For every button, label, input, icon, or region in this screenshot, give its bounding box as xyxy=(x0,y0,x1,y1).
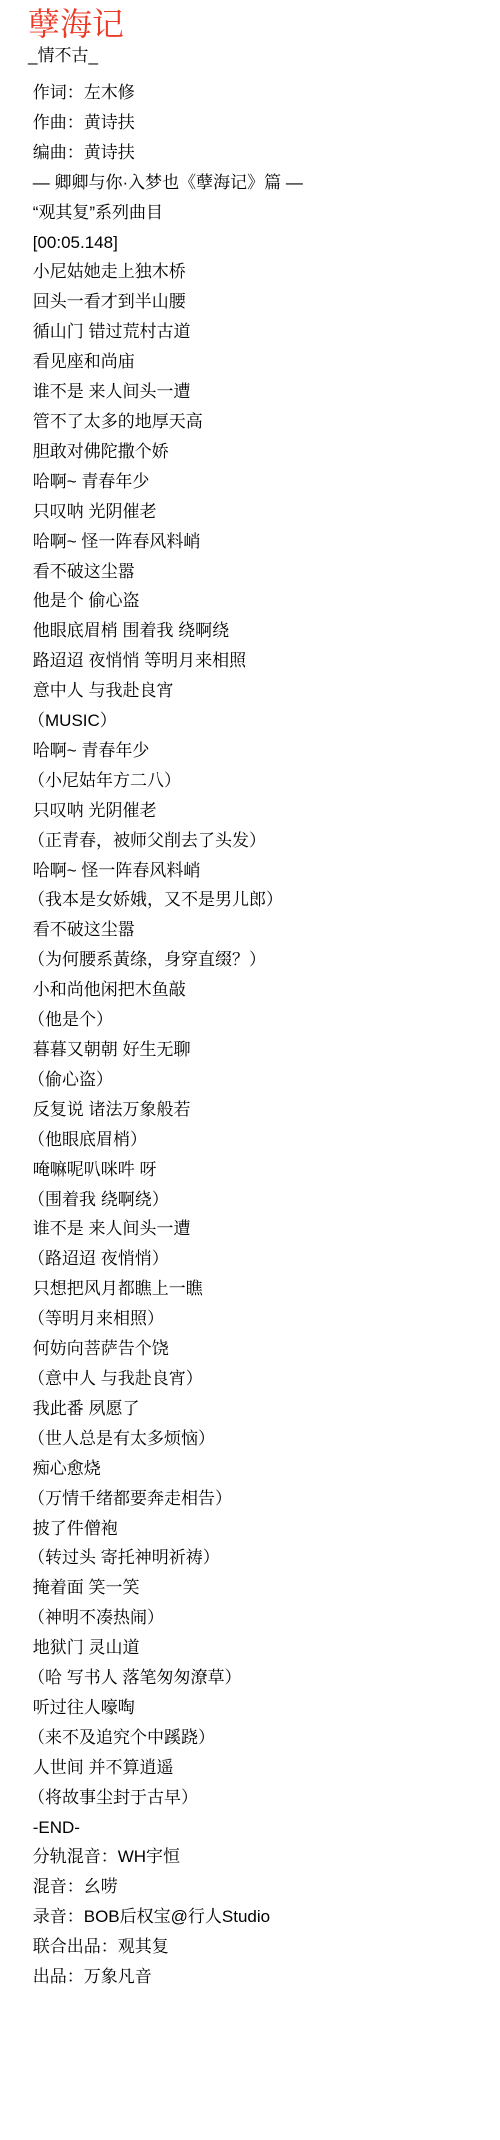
text-line: （转过头 寄托神明祈祷） xyxy=(28,1543,490,1573)
text-line: “观其复”系列曲目 xyxy=(28,198,490,228)
text-line: （等明月来相照） xyxy=(28,1304,490,1334)
text-line: 小尼姑她走上独木桥 xyxy=(28,257,490,287)
text-line: （神明不凑热闹） xyxy=(28,1603,490,1633)
text-line: （来不及追究个中蹊跷） xyxy=(28,1723,490,1753)
text-line: 他是个 偷心盗 xyxy=(28,586,490,616)
lyrics-lines: 小尼姑她走上独木桥 回头一看才到半山腰 循山门 错过荒村古道 看见座和尚庙 谁不… xyxy=(28,257,490,1812)
lyrics-body: 作词：左木修 作曲：黄诗扶 编曲：黄诗扶 — 卿卿与你·入梦也《孽海记》篇 — … xyxy=(28,78,490,1992)
text-line: 小和尚他闲把木鱼敲 xyxy=(28,975,490,1005)
text-line: （万情千绪都要奔走相告） xyxy=(28,1484,490,1514)
text-line: （他眼底眉梢） xyxy=(28,1125,490,1155)
text-line: 意中人 与我赴良宵 xyxy=(28,676,490,706)
text-line: [00:05.148] xyxy=(28,228,490,258)
text-line: 只叹呐 光阴催老 xyxy=(28,497,490,527)
text-line: （意中人 与我赴良宵） xyxy=(28,1364,490,1394)
footer-lines: -END- 分轨混音：WH宇恒 混音：幺唠 录音：BOB后权宝@行人Studio… xyxy=(28,1813,490,1992)
text-line: 看见座和尚庙 xyxy=(28,347,490,377)
text-line: （围着我 绕啊绕） xyxy=(28,1185,490,1215)
text-line: -END- xyxy=(28,1813,490,1843)
text-line: 反复说 诸法万象般若 xyxy=(28,1095,490,1125)
text-line: 我此番 夙愿了 xyxy=(28,1394,490,1424)
text-line: 作曲：黄诗扶 xyxy=(28,108,490,138)
text-line: （我本是女娇娥，又不是男儿郎） xyxy=(28,885,490,915)
text-line: 回头一看才到半山腰 xyxy=(28,287,490,317)
text-line: 哈啊~ 青春年少 xyxy=(28,467,490,497)
text-line: （路迢迢 夜悄悄） xyxy=(28,1244,490,1274)
text-line: 胆敢对佛陀撒个娇 xyxy=(28,437,490,467)
text-line: 录音：BOB后权宝@行人Studio xyxy=(28,1902,490,1932)
text-line: 何妨向菩萨告个饶 xyxy=(28,1334,490,1364)
text-line: （将故事尘封于古早） xyxy=(28,1783,490,1813)
text-line: （MUSIC） xyxy=(28,706,490,736)
text-line: 只叹呐 光阴催老 xyxy=(28,796,490,826)
text-line: （世人总是有太多烦恼） xyxy=(28,1424,490,1454)
text-line: — 卿卿与你·入梦也《孽海记》篇 — xyxy=(28,168,490,198)
text-line: 痴心愈烧 xyxy=(28,1454,490,1484)
text-line: 只想把风月都瞧上一瞧 xyxy=(28,1274,490,1304)
text-line: （哈 写书人 落笔匆匆潦草） xyxy=(28,1663,490,1693)
text-line: 循山门 错过荒村古道 xyxy=(28,317,490,347)
text-line: （为何腰系黃绦，身穿直缀？） xyxy=(28,945,490,975)
lyrics-page: 孽海记 _情不古_ 作词：左木修 作曲：黄诗扶 编曲：黄诗扶 — 卿卿与你·入梦… xyxy=(0,0,500,1992)
text-line: 混音：幺唠 xyxy=(28,1872,490,1902)
text-line: 谁不是 来人间头一遭 xyxy=(28,1214,490,1244)
text-line: （他是个） xyxy=(28,1005,490,1035)
text-line: 暮暮又朝朝 好生无聊 xyxy=(28,1035,490,1065)
text-line: 听过往人嚎啕 xyxy=(28,1693,490,1723)
text-line: （小尼姑年方二八） xyxy=(28,766,490,796)
song-subtitle: _情不古_ xyxy=(28,44,490,68)
text-line: （正青春，被师父削去了头发） xyxy=(28,826,490,856)
text-line: 地狱门 灵山道 xyxy=(28,1633,490,1663)
meta-lines: 作词：左木修 作曲：黄诗扶 编曲：黄诗扶 — 卿卿与你·入梦也《孽海记》篇 — … xyxy=(28,78,490,257)
text-line: 哈啊~ 怪一阵春风料峭 xyxy=(28,527,490,557)
text-line: 出品：万象凡音 xyxy=(28,1962,490,1992)
text-line: 编曲：黄诗扶 xyxy=(28,138,490,168)
text-line: （偷心盗） xyxy=(28,1065,490,1095)
text-line: 唵嘛呢叭咪吽 呀 xyxy=(28,1155,490,1185)
text-line: 哈啊~ 怪一阵春风料峭 xyxy=(28,856,490,886)
text-line: 看不破这尘嚣 xyxy=(28,557,490,587)
text-line: 谁不是 来人间头一遭 xyxy=(28,377,490,407)
text-line: 他眼底眉梢 围着我 绕啊绕 xyxy=(28,616,490,646)
song-title: 孽海记 xyxy=(28,4,490,44)
text-line: 看不破这尘嚣 xyxy=(28,915,490,945)
text-line: 分轨混音：WH宇恒 xyxy=(28,1842,490,1872)
text-line: 管不了太多的地厚天高 xyxy=(28,407,490,437)
text-line: 披了件僧袍 xyxy=(28,1514,490,1544)
text-line: 掩着面 笑一笑 xyxy=(28,1573,490,1603)
text-line: 联合出品：观其复 xyxy=(28,1932,490,1962)
text-line: 哈啊~ 青春年少 xyxy=(28,736,490,766)
text-line: 作词：左木修 xyxy=(28,78,490,108)
text-line: 人世间 并不算逍遥 xyxy=(28,1753,490,1783)
text-line: 路迢迢 夜悄悄 等明月来相照 xyxy=(28,646,490,676)
